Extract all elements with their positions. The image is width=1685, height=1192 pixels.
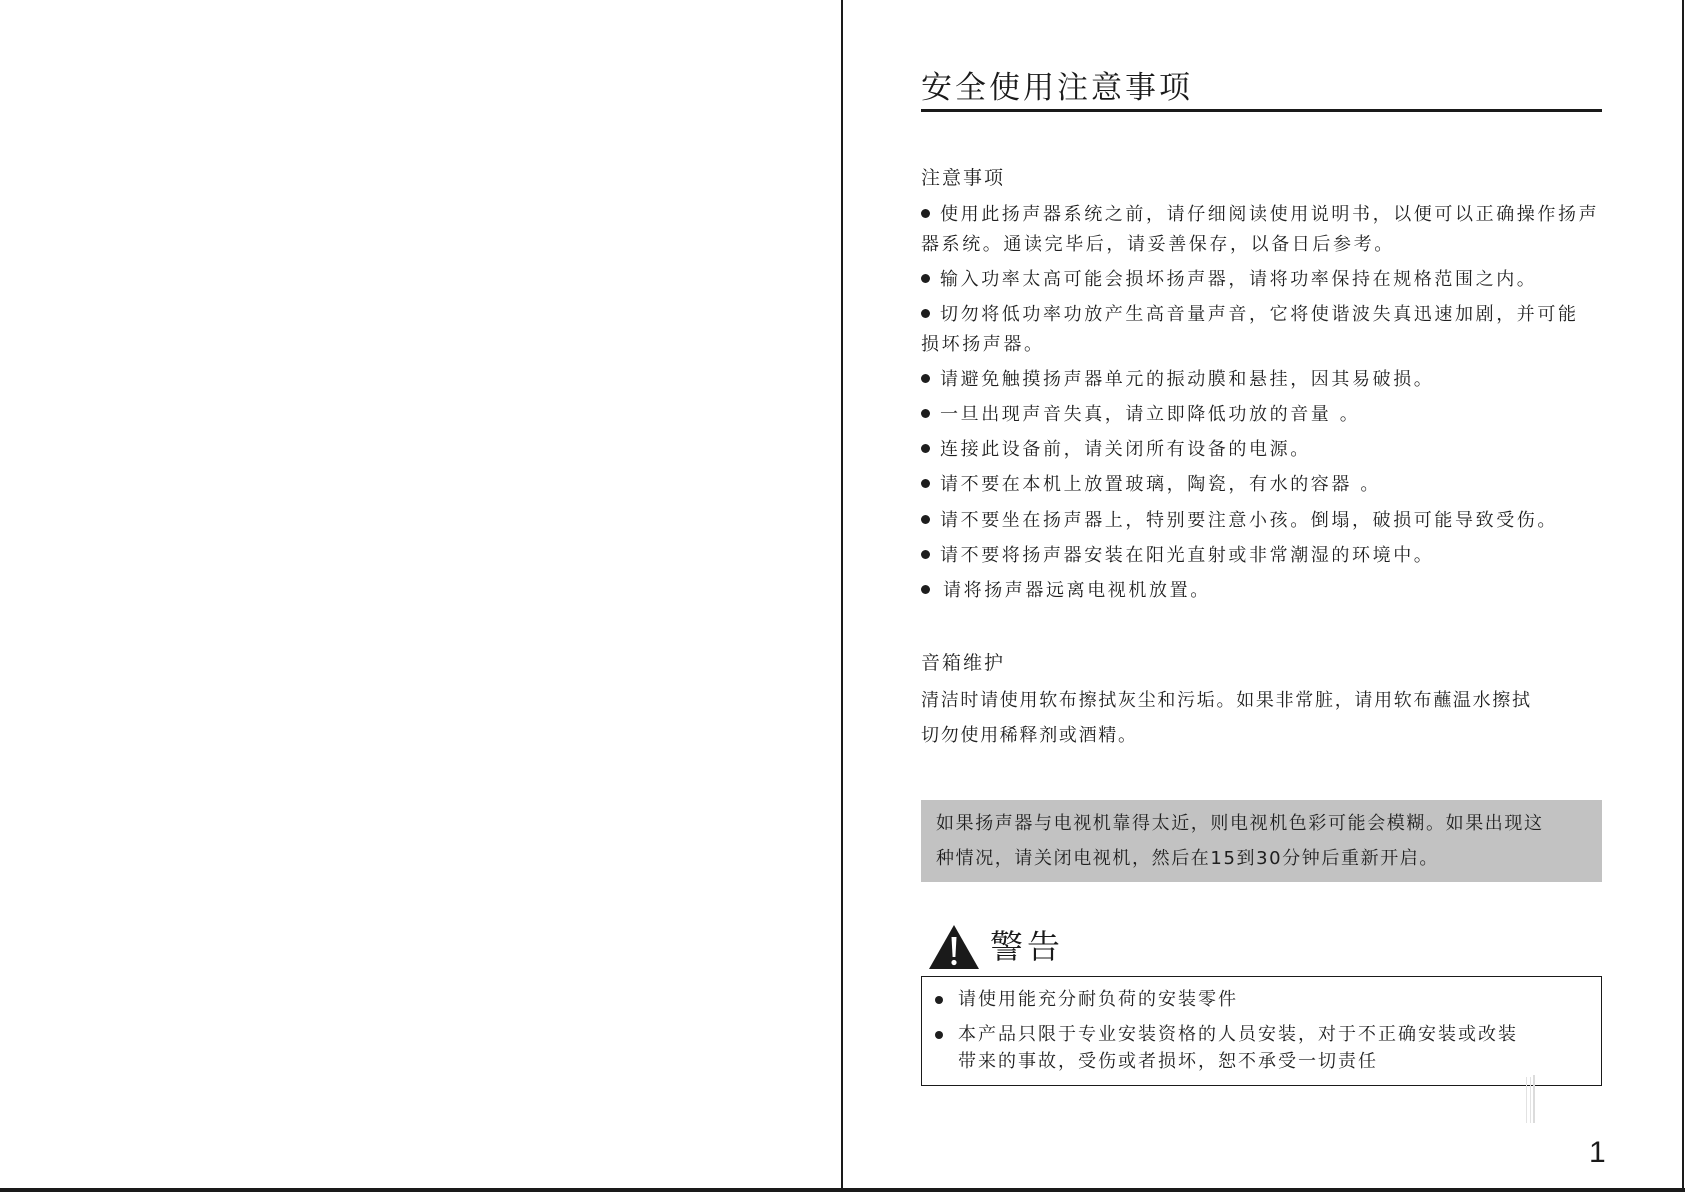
scan-artifact-line bbox=[1526, 1077, 1527, 1123]
title-underline-rule bbox=[921, 109, 1602, 112]
note-text-line: 如果扬声器与电视机靠得太近，则电视机色彩可能会模糊。如果出现这 bbox=[936, 812, 1544, 836]
page-number: 1 bbox=[1589, 1136, 1606, 1170]
list-item-text: 连接此设备前，请关闭所有设备的电源。 bbox=[940, 439, 1311, 460]
list-item: 切勿将低功率功放产生高音量声音，它将使谐波失真迅速加剧，并可能 bbox=[921, 303, 1579, 327]
bullet-icon bbox=[921, 209, 930, 218]
list-item-text: 请不要将扬声器安装在阳光直射或非常潮湿的环境中。 bbox=[940, 545, 1434, 566]
list-item: 请避免触摸扬声器单元的振动膜和悬挂，因其易破损。 bbox=[921, 368, 1434, 392]
list-item: 请不要将扬声器安装在阳光直射或非常潮湿的环境中。 bbox=[921, 544, 1434, 568]
warning-title: 警告 bbox=[990, 926, 1064, 968]
list-item: 输入功率太高可能会损坏扬声器，请将功率保持在规格范围之内。 bbox=[921, 268, 1537, 292]
page-title: 安全使用注意事项 bbox=[921, 68, 1193, 108]
scan-artifact-line bbox=[1530, 1077, 1531, 1123]
bullet-icon bbox=[921, 444, 930, 453]
list-item: 使用此扬声器系统之前，请仔细阅读使用说明书，以便可以正确操作扬声 bbox=[921, 203, 1599, 227]
bullet-icon bbox=[921, 515, 930, 524]
maintenance-text-line: 清洁时请使用软布擦拭灰尘和污垢。如果非常脏，请用软布蘸温水擦拭 bbox=[921, 689, 1532, 713]
list-item-text: 切勿将低功率功放产生高音量声音，它将使谐波失真迅速加剧，并可能 bbox=[940, 304, 1579, 325]
bullet-icon bbox=[921, 309, 930, 318]
bullet-icon bbox=[921, 479, 930, 488]
warning-item-continuation: 带来的事故，受伤或者损坏，恕不承受一切责任 bbox=[958, 1050, 1378, 1074]
bullet-icon bbox=[935, 1031, 943, 1039]
maintenance-heading: 音箱维护 bbox=[921, 651, 1005, 675]
bullet-icon bbox=[935, 996, 943, 1004]
list-item: 一旦出现声音失真，请立即降低功放的音量 。 bbox=[921, 403, 1360, 427]
list-item-text: 输入功率太高可能会损坏扬声器，请将功率保持在规格范围之内。 bbox=[940, 269, 1537, 290]
note-text-line: 种情况，请关闭电视机，然后在15到30分钟后重新开启。 bbox=[936, 847, 1439, 871]
list-item: 请将扬声器远离电视机放置。 bbox=[921, 579, 1211, 603]
scan-artifact-line bbox=[1533, 1075, 1535, 1123]
right-page-edge bbox=[1682, 0, 1684, 1190]
list-item: 请不要坐在扬声器上，特别要注意小孩。倒塌，破损可能导致受伤。 bbox=[921, 509, 1558, 533]
left-page-blank bbox=[0, 0, 841, 1189]
list-item-text: 请不要坐在扬声器上，特别要注意小孩。倒塌，破损可能导致受伤。 bbox=[940, 510, 1558, 531]
list-item: 连接此设备前，请关闭所有设备的电源。 bbox=[921, 438, 1311, 462]
warning-triangle-icon bbox=[928, 924, 980, 970]
maintenance-text-line: 切勿使用稀释剂或酒精。 bbox=[921, 724, 1138, 748]
bullet-icon bbox=[921, 409, 930, 418]
warning-item-text: 本产品只限于专业安装资格的人员安装，对于不正确安装或改装 bbox=[958, 1023, 1518, 1047]
list-item-continuation: 器系统。通读完毕后，请妥善保存，以备日后参考。 bbox=[921, 233, 1395, 257]
bullet-icon bbox=[921, 550, 930, 559]
list-item-text: 请将扬声器远离电视机放置。 bbox=[943, 580, 1211, 601]
manual-spread: 安全使用注意事项 注意事项 使用此扬声器系统之前，请仔细阅读使用说明书，以便可以… bbox=[0, 0, 1685, 1192]
precautions-heading: 注意事项 bbox=[921, 166, 1005, 190]
warning-item-text: 请使用能充分耐负荷的安装零件 bbox=[958, 988, 1238, 1012]
bullet-icon bbox=[921, 374, 930, 383]
list-item-text: 一旦出现声音失真，请立即降低功放的音量 。 bbox=[940, 404, 1360, 425]
bullet-icon bbox=[921, 274, 930, 283]
list-item-text: 请避免触摸扬声器单元的振动膜和悬挂，因其易破损。 bbox=[940, 369, 1434, 390]
list-item-text: 请不要在本机上放置玻璃，陶瓷，有水的容器 。 bbox=[940, 474, 1381, 495]
bottom-page-edge bbox=[0, 1188, 1685, 1192]
list-item-continuation: 损坏扬声器。 bbox=[921, 333, 1045, 357]
bullet-icon bbox=[921, 585, 930, 594]
list-item: 请不要在本机上放置玻璃，陶瓷，有水的容器 。 bbox=[921, 473, 1381, 497]
list-item-text: 使用此扬声器系统之前，请仔细阅读使用说明书，以便可以正确操作扬声 bbox=[940, 204, 1599, 225]
